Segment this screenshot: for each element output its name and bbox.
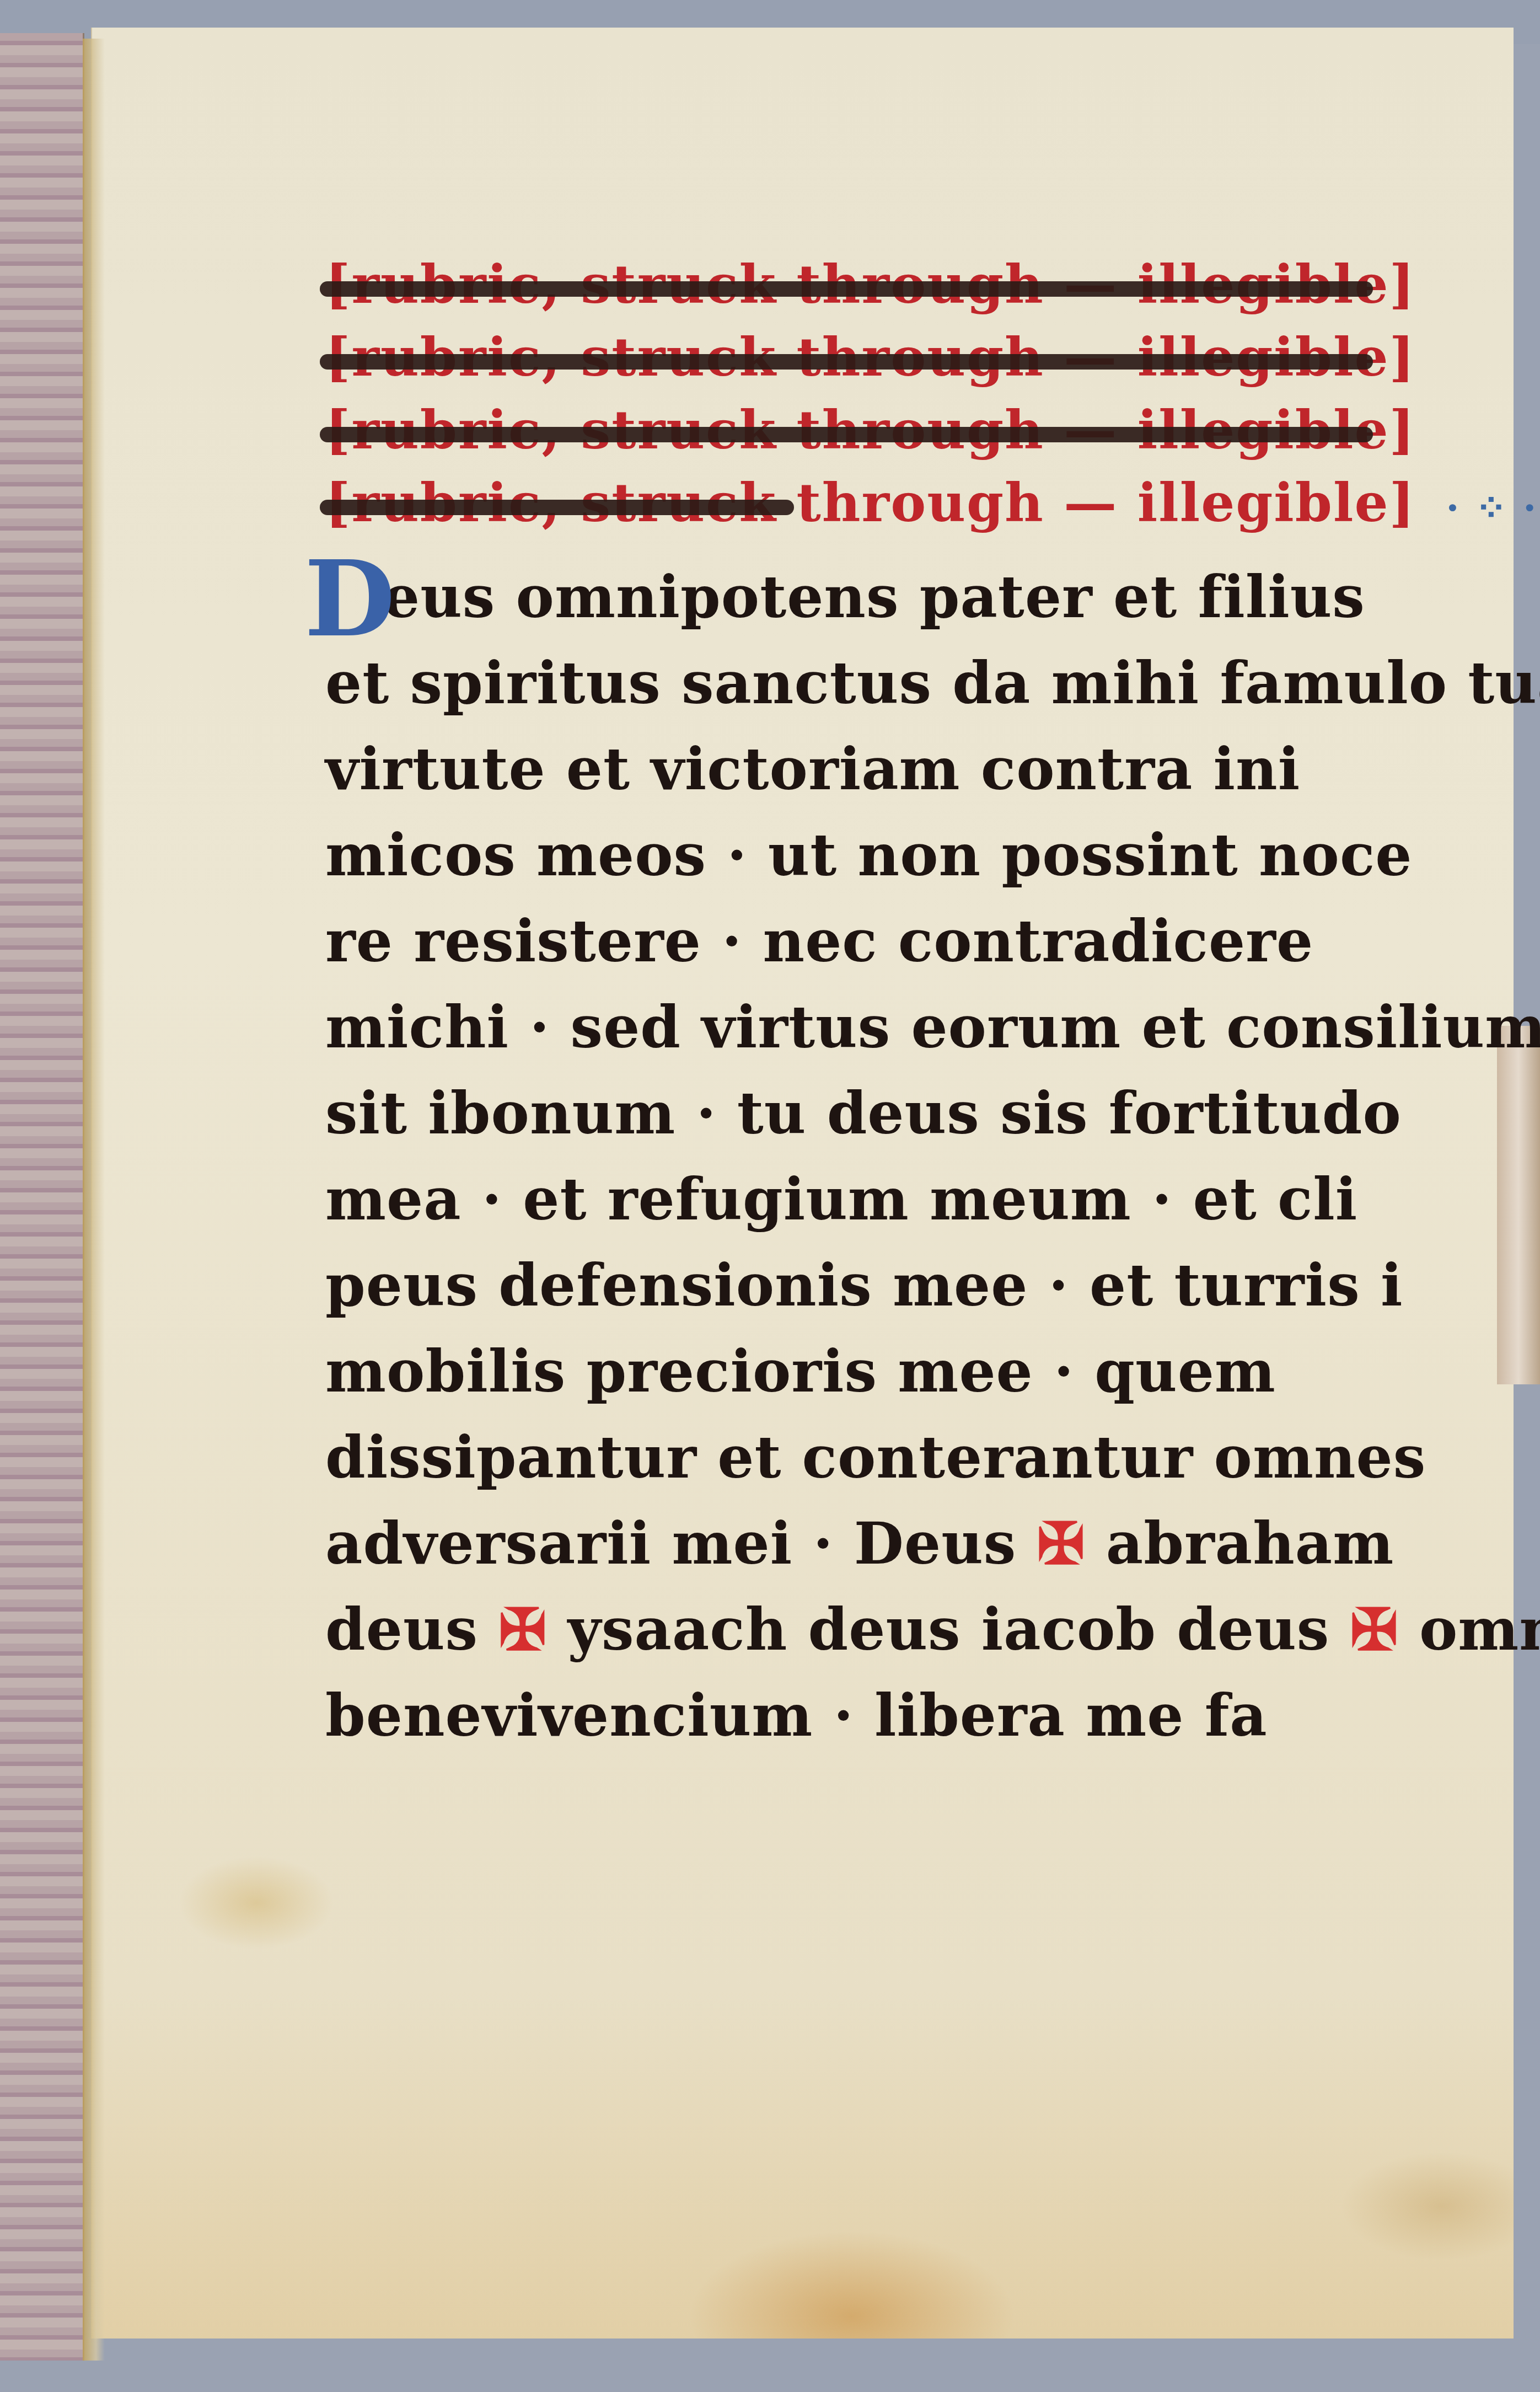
text-line-with-cross: deus ✠ ysaach deus iacob deus ✠ omnium	[325, 1588, 1373, 1674]
text-line: sit ibonum · tu deus sis fortitudo	[325, 1072, 1373, 1158]
strikethrough	[320, 354, 1373, 370]
text-line: D eus omnipotens pater et filius	[325, 556, 1373, 642]
strikethrough	[320, 500, 794, 515]
text-line: mobilis precioris mee · quem	[325, 1330, 1373, 1416]
text-line-with-cross: adversarii mei · Deus ✠ abraham	[325, 1502, 1373, 1588]
text-line: re resistere · nec contradicere	[325, 900, 1373, 986]
rubric-line: [rubric, struck through — illegible]	[325, 248, 1373, 321]
text-line: virtute et victoriam contra ini	[325, 728, 1373, 814]
strikethrough	[320, 281, 1373, 297]
text-line: dissipantur et conterantur omnes	[325, 1416, 1373, 1502]
gutter-stain	[83, 39, 105, 2361]
text-line: et spiritus sanctus da mihi famulo tua	[325, 642, 1373, 728]
strikethrough	[320, 427, 1373, 442]
rubric-line: [rubric, struck through — illegible]	[325, 394, 1373, 467]
text-line: micos meos · ut non possint noce	[325, 814, 1373, 900]
rubric-line: [rubric, struck through — illegible]	[325, 321, 1373, 394]
text-block: [rubric, struck through — illegible] [ru…	[325, 248, 1373, 1760]
text-line: michi · sed virtus eorum et consilium	[325, 986, 1373, 1072]
rubric-line: [rubric, struck through — illegible] · ⁘…	[325, 467, 1373, 539]
line-filler-marks: · ⁘ · · ·	[1446, 485, 1540, 531]
text-line: mea · et refugium meum · et cli	[325, 1158, 1373, 1244]
red-cross-icon: ✠	[498, 1596, 547, 1663]
red-cross-icon: ✠	[1037, 1510, 1086, 1577]
red-cross-icon: ✠	[1350, 1596, 1399, 1663]
text-line: benevivencium · libera me fa	[325, 1674, 1373, 1760]
page-tab-slip	[1497, 1026, 1540, 1384]
blue-initial: D	[304, 555, 396, 643]
text-line: peus defensionis mee · et turris i	[325, 1244, 1373, 1330]
verso-page-edge	[0, 33, 84, 2361]
